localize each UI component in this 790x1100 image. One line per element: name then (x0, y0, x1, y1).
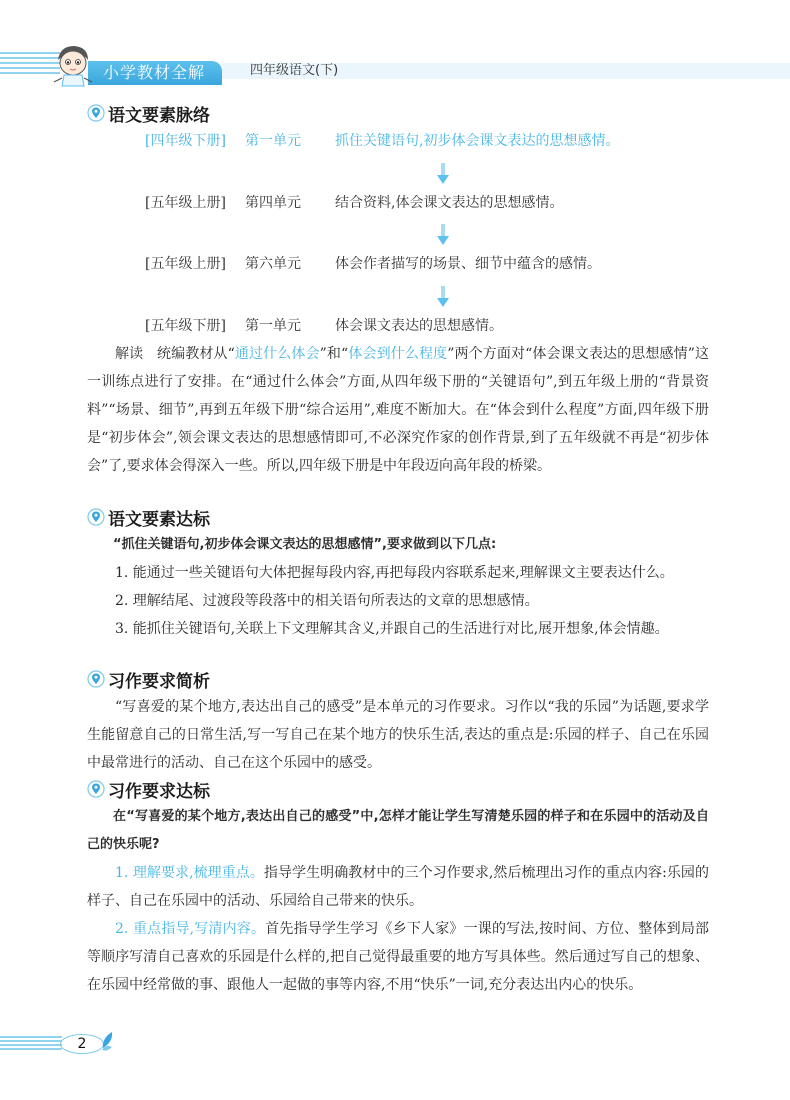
section-title: 语文要素达标 (108, 505, 210, 530)
timeline-goal: 结合资料,体会课文表达的思想感情。 (335, 193, 563, 213)
text: ”和“ (320, 346, 349, 362)
writing-analysis-paragraph: “写喜爱的某个地方,表达出自己的感受”是本单元的习作要求。习作以“我的乐园”为话… (87, 693, 709, 777)
writing-question: 在“写喜爱的某个地方,表达出自己的感受”中,怎样才能让学生写清楚乐园的样子和在乐… (87, 803, 709, 859)
interpretation-label: 解读 (115, 346, 143, 362)
writing-step: 1. 理解要求,梳理重点。指导学生明确教材中的三个习作要求,然后梳理出习作的重点… (87, 859, 709, 915)
timeline-book: [五年级上册] (145, 193, 245, 213)
section-heading: 语文要素脉络 (87, 101, 210, 125)
timeline-row: [五年级下册] 第一单元 体会课文表达的思想感情。 (145, 316, 503, 336)
standards-item: 1. 能通过一些关键语句大体把握每段内容,再把每段内容联系起来,理解课文主要表达… (87, 559, 709, 587)
location-pin-icon (87, 508, 105, 526)
arrow-down-icon (436, 286, 450, 308)
location-pin-icon (87, 780, 105, 798)
timeline-goal: 体会作者描写的场景、细节中蕴含的感情。 (335, 254, 601, 274)
series-title: 小学教材全解 (103, 61, 205, 85)
timeline-row: [五年级上册] 第六单元 体会作者描写的场景、细节中蕴含的感情。 (145, 254, 601, 274)
mascot-boy-icon (50, 42, 96, 88)
footer-decoration-lines (0, 1036, 62, 1054)
timeline-unit: 第一单元 (245, 316, 335, 336)
interpretation-paragraph: 解读 统编教材从“通过什么体会”和“体会到什么程度”两个方面对“体会课文表达的思… (87, 340, 709, 480)
timeline-book: [四年级下册] (145, 131, 245, 151)
subject-title: 四年级语文(下) (250, 60, 338, 82)
standards-item: 2. 理解结尾、过渡段等段落中的相关语句所表达的文章的思想感情。 (87, 587, 709, 615)
section-heading: 语文要素达标 (87, 505, 210, 529)
timeline-book: [五年级下册] (145, 316, 245, 336)
step-heading: 1. 理解要求,梳理重点。 (115, 865, 264, 881)
timeline-goal: 体会课文表达的思想感情。 (335, 316, 503, 336)
standards-lead: “抓住关键语句,初步体会课文表达的思想感情”,要求做到以下几点: (87, 531, 709, 559)
writing-standards-block: 在“写喜爱的某个地方,表达出自己的感受”中,怎样才能让学生写清楚乐园的样子和在乐… (87, 803, 709, 999)
standards-block: “抓住关键语句,初步体会课文表达的思想感情”,要求做到以下几点: 1. 能通过一… (87, 531, 709, 643)
leaf-icon (100, 1030, 114, 1052)
step-heading: 2. 重点指导,写清内容。 (115, 921, 265, 937)
section-title: 习作要求达标 (108, 777, 210, 802)
timeline-book: [五年级上册] (145, 254, 245, 274)
timeline-unit: 第一单元 (245, 131, 335, 151)
highlight-text: 体会到什么程度 (348, 346, 447, 362)
section-heading: 习作要求简析 (87, 667, 210, 691)
writing-step: 2. 重点指导,写清内容。首先指导学生学习《乡下人家》一课的写法,按时间、方位、… (87, 915, 709, 999)
location-pin-icon (87, 104, 105, 122)
arrow-down-icon (436, 224, 450, 246)
section-title: 语文要素脉络 (108, 101, 210, 126)
text: 统编教材从“ (157, 346, 235, 362)
timeline-goal: 抓住关键语句,初步体会课文表达的思想感情。 (335, 131, 619, 151)
highlight-text: 通过什么体会 (235, 346, 320, 362)
writing-analysis-text: “写喜爱的某个地方,表达出自己的感受”是本单元的习作要求。习作以“我的乐园”为话… (87, 693, 709, 777)
timeline-row: [五年级上册] 第四单元 结合资料,体会课文表达的思想感情。 (145, 193, 563, 213)
section-title: 习作要求简析 (108, 667, 210, 692)
text: ”两个方面对“体会课文表达的思想感情”这一训练点进行了安排。在“通过什么体会”方… (87, 346, 709, 474)
timeline-unit: 第四单元 (245, 193, 335, 213)
timeline-row: [四年级下册] 第一单元 抓住关键语句,初步体会课文表达的思想感情。 (145, 131, 619, 151)
page-number: 2 (60, 1034, 104, 1054)
section-heading: 习作要求达标 (87, 777, 210, 801)
timeline-unit: 第六单元 (245, 254, 335, 274)
location-pin-icon (87, 670, 105, 688)
arrow-down-icon (436, 163, 450, 185)
standards-item: 3. 能抓住关键语句,关联上下文理解其含义,并跟自己的生活进行对比,展开想象,体… (87, 615, 709, 643)
